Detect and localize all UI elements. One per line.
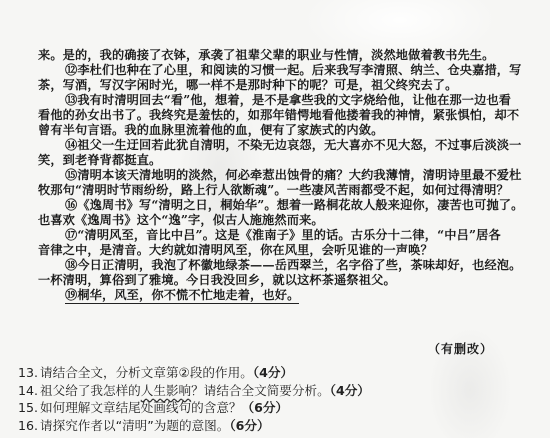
scanned-exam-page: 来。是的，我的确接了衣钵，承袭了祖辈父辈的职业与性情，淡然地做着教书先生。 ⑫李… — [0, 0, 550, 438]
reading-passage: 来。是的，我的确接了衣钵，承袭了祖辈父辈的职业与性情，淡然地做着教书先生。 ⑫李… — [40, 48, 510, 303]
question-14: 14.祖父给了我怎样的人生影响？请结合全文简要分析。（4分） — [18, 382, 370, 400]
question-number: 13. — [18, 364, 40, 382]
passage-line: 曾有半句言语。我的血脉里流着他的血，便有了家族式的内敛。 — [38, 123, 510, 138]
passage-line: 笑，到老脊背都挺直。 — [38, 153, 510, 168]
paragraph-15: ⑮清明本该天清地明的淡然，何必牵惹出蚀骨的痛？大约我薄情，清明诗里最不爱杜 — [40, 168, 510, 183]
passage-line: 也喜欢《逸周书》这个“逸”字，似古人施施然而来。 — [38, 213, 510, 228]
handwritten-wavy-underline: 人生影响 — [141, 383, 191, 398]
question-15: 15.如何理解文章结尾处画线句的含意？（6分） — [18, 399, 370, 417]
abridged-note: （有删改） — [428, 340, 493, 357]
passage-line: 看他的孙女出书了。我终究是羞怯的，如那年错愕地看他搂着我的神情，紧张惧怕，却不 — [38, 108, 510, 123]
passage-line: 一杯清明，算俗到了雅境。今日我没回乡，就以这杯茶遥祭祖父。 — [38, 273, 510, 288]
paragraph-12: ⑫李杜们也种在了心里，和阅读的习惯一起。后来我写李清照、纳兰、仓央嘉措，写 — [40, 63, 510, 78]
passage-line: 来。是的，我的确接了衣钵，承袭了祖辈父辈的职业与性情，淡然地做着教书先生。 — [38, 48, 510, 63]
paragraph-14: ⑭祖父一生迂回若此犹自清明，不染无边哀怨，无大喜亦不见大怒，不过事后淡淡一 — [40, 138, 510, 153]
question-text: 如何理解文章结尾处画线句的含意？ — [40, 400, 242, 415]
passage-line: 牧那句“清明时节雨纷纷，路上行人欲断魂”。一些凄风苦雨都受不起，如何过得清明？ — [38, 183, 510, 198]
question-text: 请结合全文，分析文章第②段的作用。 — [40, 365, 253, 380]
paragraph-16: ⑯《逸周书》写“清明之日，桐始华”。想着一路桐花故人般来迎你，凄苦也可抛了。 — [40, 198, 510, 213]
paragraph-17: ⑰“清明风至，音比中吕”。这是《淮南子》里的话。古乐分十二律，“中吕”居各 — [40, 228, 510, 243]
underlined-sentence: ⑲桐华，风至，你不慌不忙地走着，也好。 — [65, 288, 299, 304]
passage-line: 茶，写酒，写汉字闲时光，哪一样不是那时种下的呢？可是，祖父终究去了。 — [38, 78, 510, 93]
question-number: 14. — [18, 382, 40, 400]
paragraph-13: ⑬我有时清明回去“看”他，想着，是不是拿些我的文字烧给他，让他在那一边也看 — [40, 93, 510, 108]
question-points: （4分） — [330, 383, 370, 398]
question-list: 13.请结合全文，分析文章第②段的作用。（4分） 14.祖父给了我怎样的人生影响… — [18, 364, 370, 434]
passage-line: 音律之中，是清音。大约就如清明风至，你在风里，会听见谁的一声唤？ — [38, 243, 510, 258]
question-13: 13.请结合全文，分析文章第②段的作用。（4分） — [18, 364, 370, 382]
question-points: （6分） — [229, 418, 269, 433]
question-text: 请探究作者以“清明”为题的意图。 — [40, 418, 229, 433]
question-16: 16.请探究作者以“清明”为题的意图。（6分） — [18, 417, 370, 435]
question-points: （4分） — [253, 365, 293, 380]
paragraph-19: ⑲桐华，风至，你不慌不忙地走着，也好。 — [40, 288, 510, 303]
question-number: 15. — [18, 399, 40, 417]
paragraph-18: ⑱今日正清明，我泡了杯徽地绿茶——岳西翠兰，名字俗了些，茶味却好，也经泡。 — [40, 258, 510, 273]
question-text-cont: ？请结合全文简要分析。 — [191, 383, 330, 398]
question-points: （6分） — [242, 400, 289, 415]
question-number: 16. — [18, 417, 40, 435]
question-text: 祖父给了我怎样的 — [40, 383, 141, 398]
